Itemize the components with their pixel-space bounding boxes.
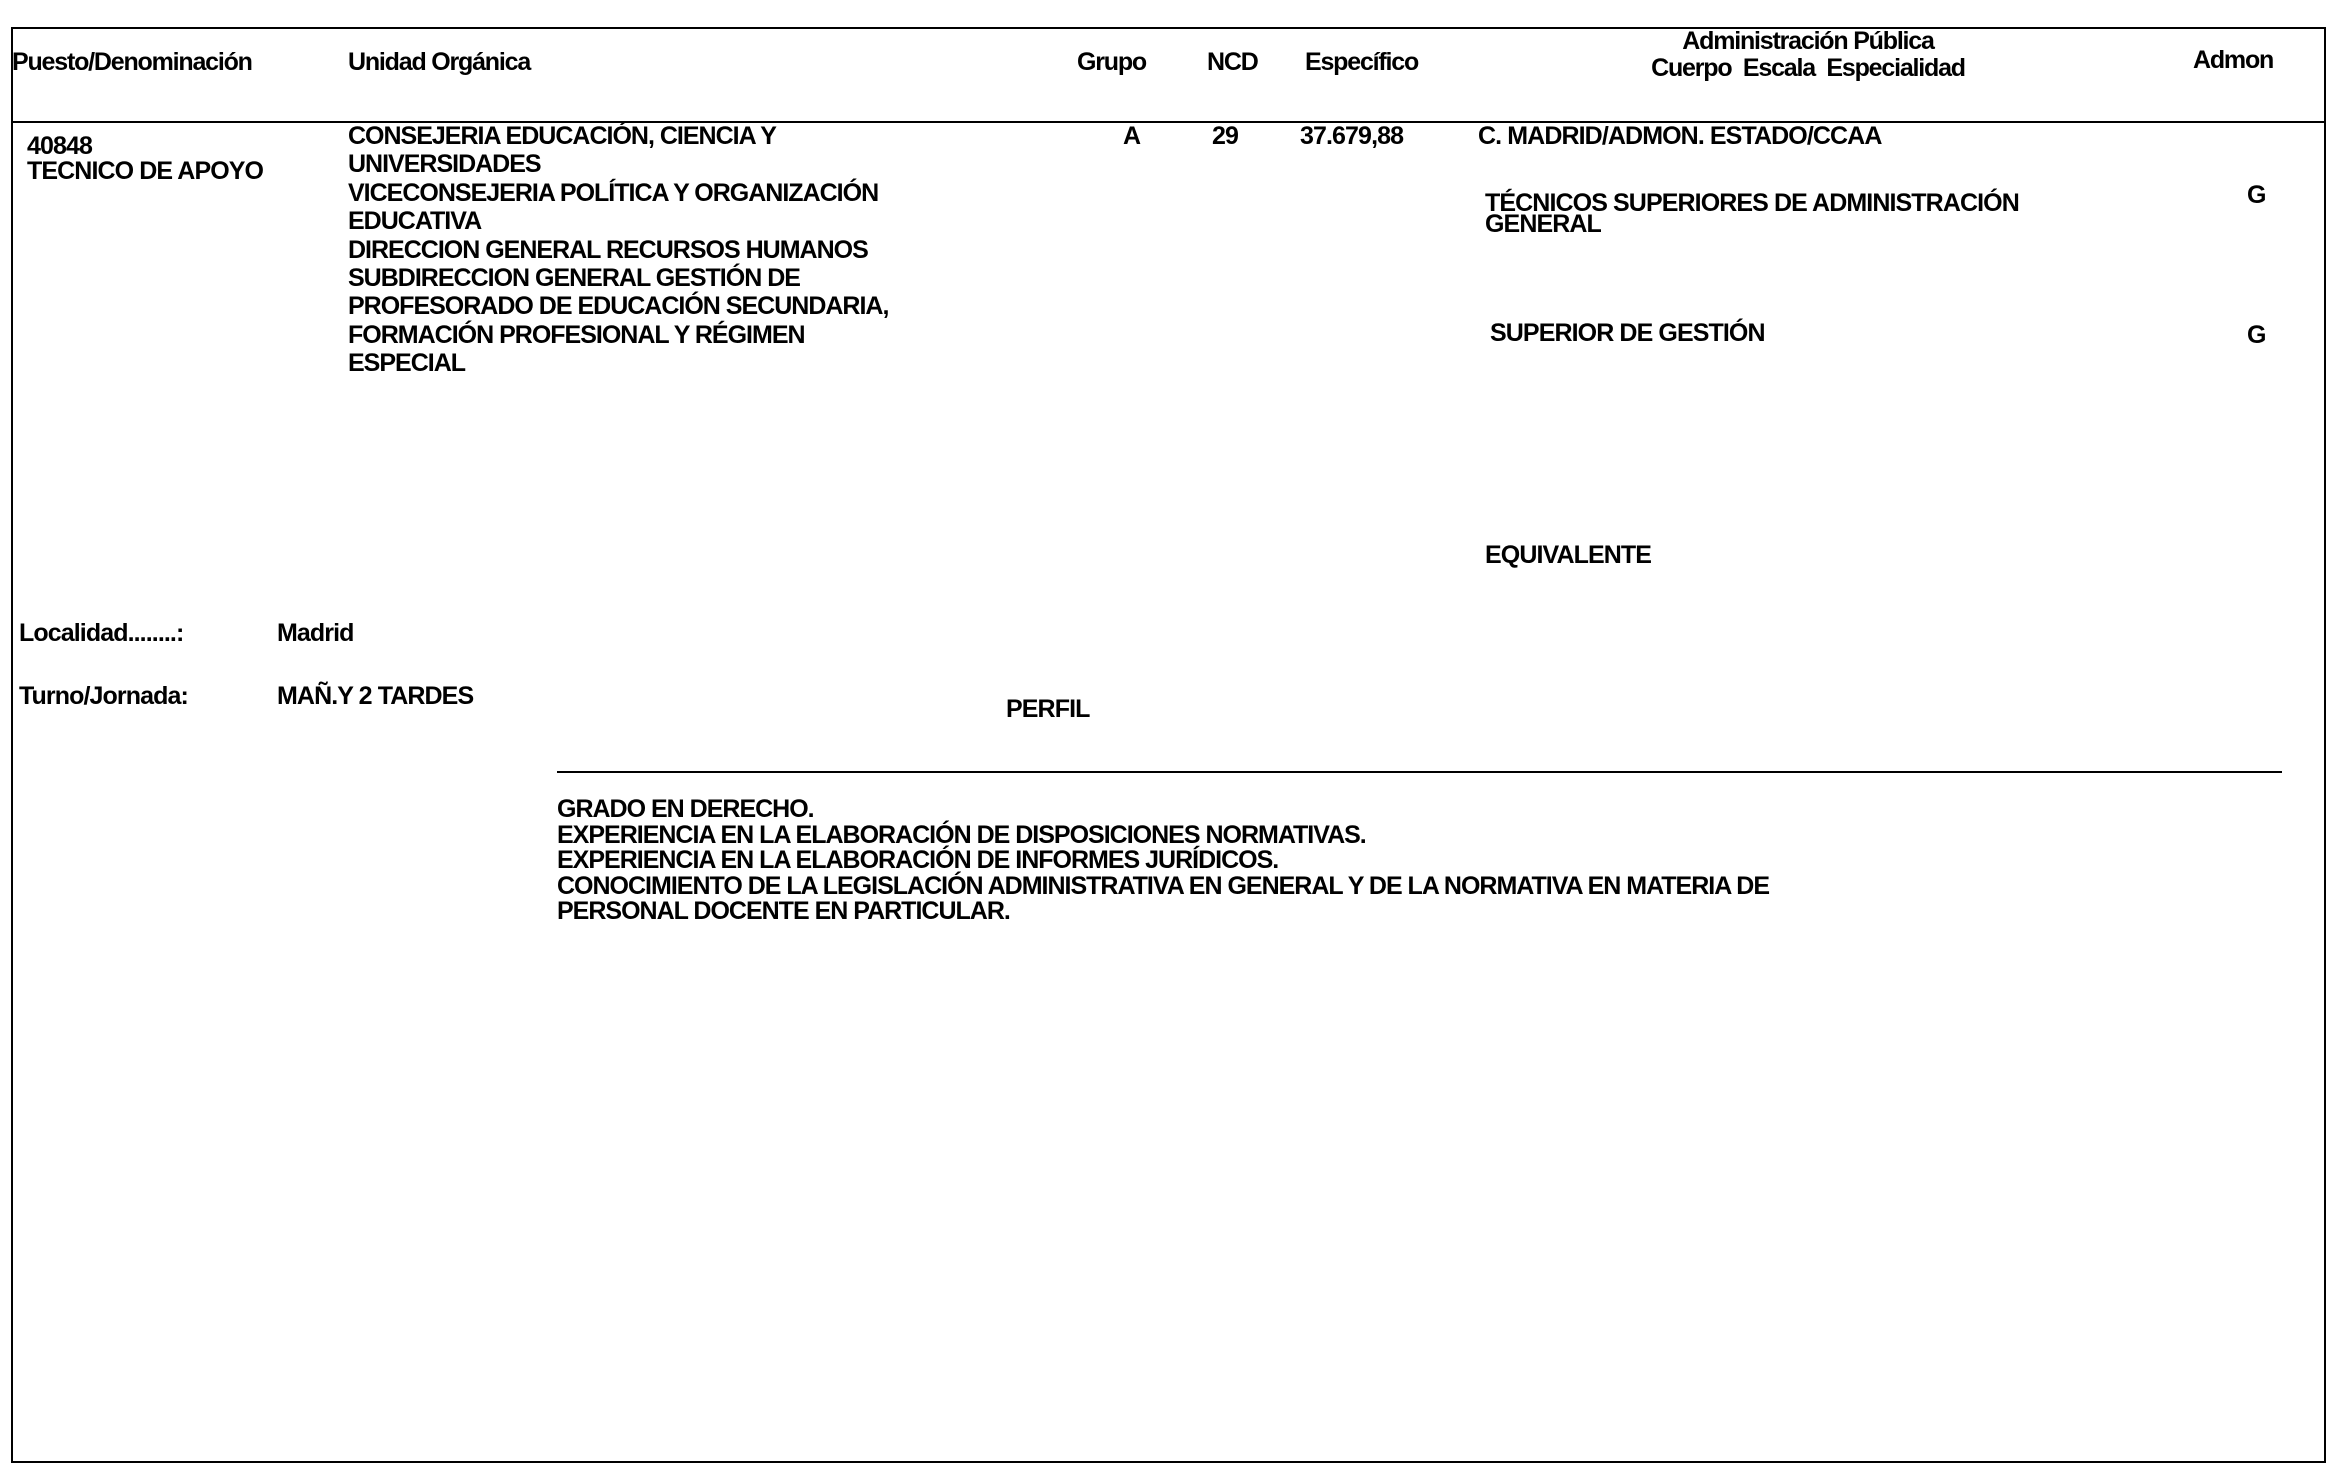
record-escala: SUPERIOR DE GESTIÓN (1490, 321, 1765, 346)
record-cuerpo-admon: G (2247, 183, 2266, 208)
unidad-organica-block: CONSEJERIA EDUCACIÓN, CIENCIA YUNIVERSID… (348, 122, 888, 378)
header-ncd: NCD (1207, 50, 1258, 75)
record-grupo: A (1123, 124, 1140, 149)
unidad-organica-line: UNIVERSIDADES (348, 150, 888, 178)
header-puesto: Puesto/Denominación (12, 50, 252, 75)
perfil-line: CONOCIMIENTO DE LA LEGISLACIÓN ADMINISTR… (557, 874, 1769, 900)
header-admon: Admon (2193, 48, 2273, 73)
record-especialidad: EQUIVALENTE (1485, 543, 1651, 568)
unidad-organica-line: CONSEJERIA EDUCACIÓN, CIENCIA Y (348, 122, 888, 150)
header-especifico: Específico (1305, 50, 1418, 75)
header-administracion-line2: Cuerpo Escala Especialidad (1558, 56, 2058, 81)
perfil-divider (557, 771, 2282, 773)
header-administracion-line1: Administración Pública (1558, 29, 2058, 54)
unidad-organica-line: VICECONSEJERIA POLÍTICA Y ORGANIZACIÓN (348, 179, 888, 207)
unidad-organica-line: FORMACIÓN PROFESIONAL Y RÉGIMEN (348, 321, 888, 349)
unidad-organica-line: SUBDIRECCION GENERAL GESTIÓN DE (348, 264, 888, 292)
record-ncd: 29 (1212, 124, 1238, 149)
perfil-line: EXPERIENCIA EN LA ELABORACIÓN DE DISPOSI… (557, 823, 1769, 849)
unidad-organica-line: EDUCATIVA (348, 207, 888, 235)
perfil-title: PERFIL (1006, 697, 1090, 722)
unidad-organica-line: DIRECCION GENERAL RECURSOS HUMANOS (348, 236, 888, 264)
turno-label: Turno/Jornada: (19, 684, 188, 709)
record-denominacion: TECNICO DE APOYO (27, 159, 263, 184)
header-unidad: Unidad Orgánica (348, 50, 530, 75)
perfil-line: GRADO EN DERECHO. (557, 797, 1769, 823)
record-code: 40848 (27, 134, 92, 159)
localidad-label: Localidad........: (19, 621, 183, 646)
header-grupo: Grupo (1077, 50, 1146, 75)
unidad-organica-line: ESPECIAL (348, 349, 888, 377)
record-escala-admon: G (2247, 323, 2266, 348)
perfil-line: EXPERIENCIA EN LA ELABORACIÓN DE INFORME… (557, 848, 1769, 874)
record-especifico: 37.679,88 (1300, 124, 1403, 149)
unidad-organica-line: PROFESORADO DE EDUCACIÓN SECUNDARIA, (348, 292, 888, 320)
perfil-block: GRADO EN DERECHO.EXPERIENCIA EN LA ELABO… (557, 797, 1769, 925)
turno-value: MAÑ.Y 2 TARDES (277, 684, 473, 709)
localidad-value: Madrid (277, 621, 354, 646)
record-cuerpo-line2: GENERAL (1485, 212, 1601, 237)
record-administracion: C. MADRID/ADMON. ESTADO/CCAA (1478, 124, 1882, 149)
perfil-line: PERSONAL DOCENTE EN PARTICULAR. (557, 899, 1769, 925)
